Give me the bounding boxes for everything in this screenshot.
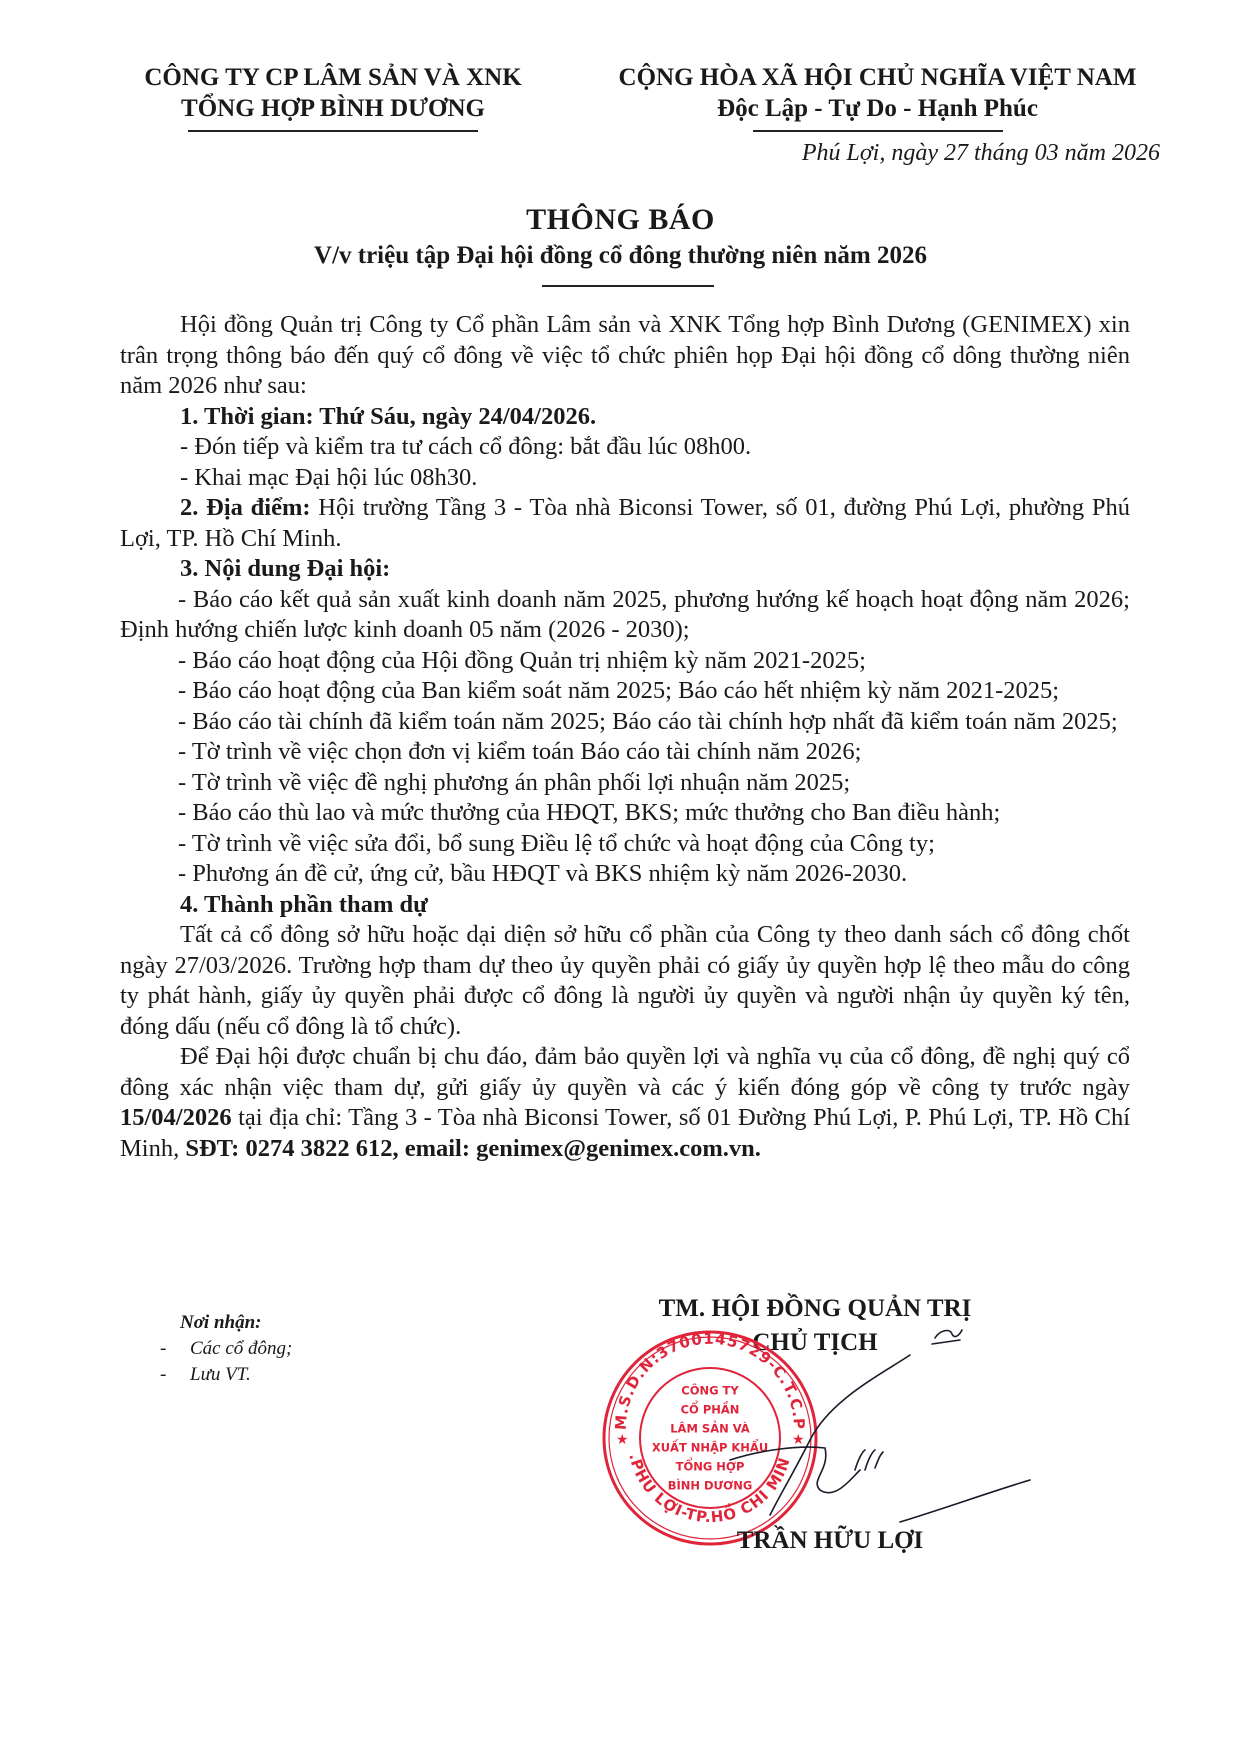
section-agenda-heading: 3. Nội dung Đại hội: (120, 554, 1130, 585)
agenda-item: - Tờ trình về việc sửa đổi, bổ sung Điều… (120, 829, 1130, 860)
deadline-date: 15/04/2026 (120, 1104, 232, 1131)
section-time-line: - Khai mạc Đại hội lúc 08h30. (120, 463, 1130, 494)
agenda-item: - Tờ trình về việc đề nghị phương án phâ… (120, 768, 1130, 799)
national-motto: Độc Lập - Tự Do - Hạnh Phúc (585, 93, 1170, 124)
section-location: 2. Địa điểm: Hội trường Tầng 3 - Tòa nhà… (120, 493, 1130, 554)
contact-info: SĐT: 0274 3822 612, email: genimex@genim… (185, 1135, 761, 1162)
national-header: CỘNG HÒA XÃ HỘI CHỦ NGHĨA VIỆT NAM Độc L… (585, 62, 1170, 132)
agenda-item: - Báo cáo hoạt động của Hội đồng Quản tr… (120, 646, 1130, 677)
header-divider (188, 130, 478, 132)
agenda-item: - Báo cáo tài chính đã kiểm toán năm 202… (120, 707, 1130, 738)
signature-icon (700, 1320, 1040, 1550)
agenda-item: - Báo cáo thù lao và mức thưởng của HĐQT… (120, 798, 1130, 829)
document-title: THÔNG BÁO (0, 203, 1241, 237)
company-name-line2: TỔNG HỢP BÌNH DƯƠNG (118, 93, 548, 124)
national-title: CỘNG HÒA XÃ HỘI CHỦ NGHĨA VIỆT NAM (585, 62, 1170, 93)
subject-divider (542, 285, 714, 287)
intro-paragraph: Hội đồng Quản trị Công ty Cổ phần Lâm sả… (120, 310, 1130, 402)
agenda-item: - Tờ trình về việc chọn đơn vị kiểm toán… (120, 737, 1130, 768)
section-attendees-heading: 4. Thành phần tham dự (120, 890, 1130, 921)
closing-text: Để Đại hội được chuẩn bị chu đáo, đảm bả… (120, 1043, 1130, 1101)
section-time-line: - Đón tiếp và kiểm tra tư cách cổ đông: … (120, 432, 1130, 463)
recipients-label: Nơi nhận: (180, 1310, 292, 1336)
recipients-block: Nơi nhận: Các cổ đông; Lưu VT. (180, 1310, 292, 1388)
company-header: CÔNG TY CP LÂM SẢN VÀ XNK TỔNG HỢP BÌNH … (118, 62, 548, 132)
document-subject: V/v triệu tập Đại hội đồng cổ đông thườn… (0, 242, 1241, 270)
section-location-heading: 2. Địa điểm: (180, 494, 311, 521)
svg-text:★: ★ (616, 1432, 629, 1448)
section-time-heading: 1. Thời gian: Thứ Sáu, ngày 24/04/2026. (120, 402, 1130, 433)
agenda-item: - Báo cáo hoạt động của Ban kiểm soát nă… (120, 676, 1130, 707)
company-name-line1: CÔNG TY CP LÂM SẢN VÀ XNK (118, 62, 548, 93)
motto-divider (753, 130, 1003, 132)
document-date: Phú Lợi, ngày 27 tháng 03 năm 2026 (600, 140, 1160, 167)
signatory-name: TRẦN HỮU LỢI (630, 1527, 1030, 1555)
agenda-item: - Báo cáo kết quả sản xuất kinh doanh nă… (120, 585, 1130, 646)
closing-paragraph: Để Đại hội được chuẩn bị chu đáo, đảm bả… (120, 1042, 1130, 1164)
recipient-item: Lưu VT. (160, 1362, 292, 1388)
document-body: Hội đồng Quản trị Công ty Cổ phần Lâm sả… (120, 310, 1130, 1164)
document-page: CÔNG TY CP LÂM SẢN VÀ XNK TỔNG HỢP BÌNH … (0, 0, 1241, 1755)
section-attendees-text: Tất cả cổ đông sở hữu hoặc dại diện sở h… (120, 920, 1130, 1042)
recipient-item: Các cổ đông; (160, 1336, 292, 1362)
agenda-item: - Phương án đề cử, ứng cử, bầu HĐQT và B… (120, 859, 1130, 890)
